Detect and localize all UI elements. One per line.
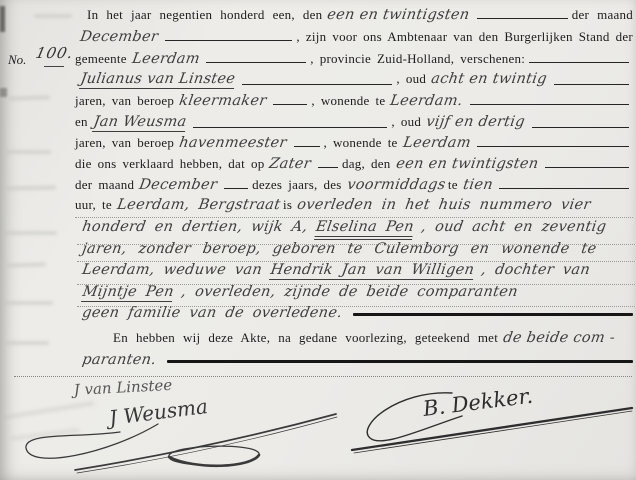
handwritten-declarant1-residence: Leerdam. [389,93,464,109]
form-line-13: Leerdam, weduwe vanHendrik Jan van Willi… [77,262,635,285]
form-line-7: jaren, van beroephavenmeester, wonende t… [75,135,633,151]
act-number-value: 100. [34,44,75,62]
form-line-12: jaren, zonder beroep, geboren te Culembo… [77,241,635,262]
handwritten-death-place: Leerdam, Bergstraat [116,197,282,213]
handwritten-deceased-name: Elselina Pen [314,219,415,240]
printed-text: gemeente [75,51,127,67]
handwritten-declarant2-residence: Leerdam [402,135,472,151]
handwritten-declarant1-age: acht en twintig [430,71,548,87]
fill-rule [273,104,307,105]
printed-text: , wonende te [311,93,385,109]
form-line-10: uur, teLeerdam, Bergstraatisoverleden in… [75,197,633,218]
printed-text: en [75,114,88,130]
scan-edge-mark [0,6,5,32]
handwritten-spouse-name: Hendrik Jan van Willigen [269,262,475,280]
form-line-6: enJan Weusma, oudvijf en dertig [75,114,633,132]
handwritten-house-number: honderd en dertien, wijk A, [81,219,309,235]
printed-text: uur, te [75,197,112,213]
act-number-underline [44,66,64,67]
signature-witness1: J van Linstee [70,378,172,399]
printed-text: En hebben wij deze Akte, na gedane voorl… [113,330,498,346]
handwritten-signed-by: de beide com - [502,330,616,346]
act-number-label: No. [8,52,26,68]
printed-text: jaren, van beroep [75,135,174,151]
handwritten-daughter-of: , dochter van [480,262,591,278]
printed-text: jaren, van beroep [75,93,174,109]
fill-rule [470,104,629,105]
form-line-4: Julianus van Linstee, oudacht en twintig [75,71,633,89]
handwritten-declarant1-occupation: kleermaker [178,93,268,109]
printed-text: , wonende te [324,135,398,151]
handwritten-declarant2-name: Jan Weusma [92,114,188,132]
fill-rule [206,62,306,63]
handwritten-weekday: Zater [268,156,312,172]
printed-text: , oud [391,114,421,130]
handwritten-daypart: voormiddags [346,177,447,193]
handwritten-declarant2-occupation: havenmeester [178,135,288,151]
handwritten-day: een en twintigsten [326,7,471,23]
signatures-block: J van Linstee J Weusma B. Dekker. [0,378,636,480]
fill-rule [165,40,293,41]
fill-rule [224,188,248,189]
scanned-death-certificate: No. 100. In het jaar negentien honderd e… [0,0,636,480]
form-line-16: En hebben wij deze Akte, na gedane voorl… [113,330,633,346]
form-line-3: gemeenteLeerdam, provincie Zuid-Holland,… [75,51,633,67]
fill-rule [499,188,629,189]
signature-separator-rule [14,376,632,377]
form-line-8: die ons verklaard hebben, dat opZaterdag… [75,156,633,172]
fill-rule [477,146,629,147]
handwritten-deceased-age: , oud acht en zeventig [420,219,607,235]
form-line-2: December, zijn voor ons Ambtenaar van de… [75,29,633,45]
form-line-9: der maandDecemberdezes jaars, desvoormid… [75,177,633,193]
handwritten-declarant2-age: vijf en dertig [425,114,526,130]
handwritten-relation-note: , overleden, zijnde de beide comparanten [180,284,519,300]
handwritten-death-month: December [138,177,218,193]
printed-text: dezes jaars, des [252,177,342,193]
fill-rule [318,167,338,168]
fill-rule [554,84,629,85]
printed-text: der maand [572,7,633,23]
handwritten-month: December [79,29,159,45]
signature-witness2-flourish [26,414,337,473]
printed-text: der maand [75,177,134,193]
handwritten-deceased-details: jaren, zonder beroep, geboren te Culembo… [81,241,598,257]
closing-rule [353,313,633,316]
form-line-5: jaren, van beroepkleermaker, wonende teL… [75,93,633,109]
handwritten-death-statement: overleden in het huis nummero vier [296,197,592,213]
fill-rule [242,84,393,85]
fill-rule [477,18,568,19]
handwritten-death-day: een en twintigsten [395,156,540,172]
handwritten-widow-of: Leerdam, weduwe van [81,262,263,278]
handwritten-declarant1-name: Julianus van Linstee [79,71,236,89]
printed-text: dag, den [342,156,391,172]
form-line-15: geen familie van de overledene. [77,305,635,321]
printed-text: , provincie Zuid-Holland, verschenen: [310,51,525,67]
printed-text: In het jaar negentien honderd een, den [87,7,322,23]
scan-edge-mark [0,88,7,97]
printed-text: die ons verklaard hebben, dat op [75,156,264,172]
fill-rule [545,167,629,168]
form-line-1: In het jaar negentien honderd een, denee… [87,7,633,23]
form-line-14: Mijntje Pen, overleden, zijnde de beide … [77,284,635,307]
fill-rule [532,127,629,128]
handwritten-no-family-note: geen familie van de overledene. [81,305,343,321]
fill-rule [529,62,629,63]
printed-text: , zijn voor ons Ambtenaar van den Burger… [296,29,633,45]
printed-text: is [283,197,292,213]
fill-rule [294,146,320,147]
fill-rule [193,127,388,128]
handwritten-mother-name: Mijntje Pen [81,284,175,302]
form-line-17: paranten. [77,352,635,368]
signature-registrar: B. Dekker. [421,384,534,421]
handwritten-hour: tien [462,177,494,193]
handwritten-municipality: Leerdam [131,51,201,67]
printed-text: , oud [396,71,426,87]
closing-rule [167,360,633,363]
printed-text: te [448,177,458,193]
handwritten-signed-by-cont: paranten. [81,352,157,368]
